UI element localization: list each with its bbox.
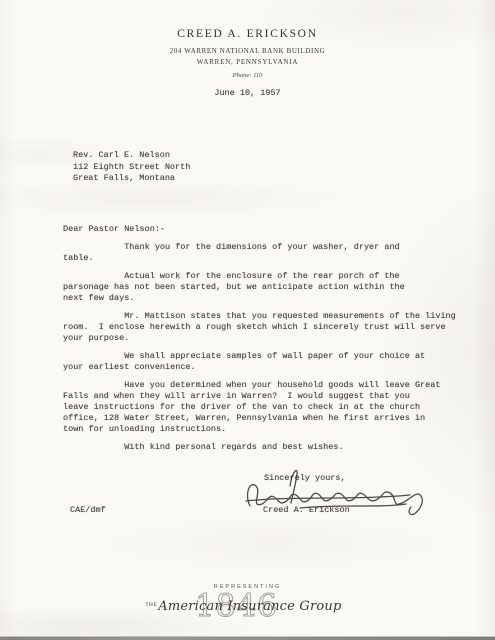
footer-logo-art: 1846 TheAmerican Insurance Group: [0, 591, 495, 629]
body-paragraph: With kind personal regards and best wish…: [63, 442, 456, 453]
text-line: Mr. Mattison states that you requested m…: [63, 311, 456, 322]
text-line: We shall appreciate samples of wall pape…: [63, 351, 456, 362]
text-line: With kind personal regards and best wish…: [63, 442, 456, 453]
reference-initials: CAE/dmf: [70, 505, 106, 515]
letter-date: June 10, 1957: [0, 88, 495, 98]
footer-logo: REPRESENTING 1846 TheAmerican Insurance …: [0, 584, 495, 630]
text-line: next few days.: [63, 293, 456, 304]
text-line: 112 Eighth Street North: [73, 162, 190, 174]
text-line: Falls and when they will arrive in Warre…: [63, 391, 456, 402]
text-line: room. I enclose herewith a rough sketch …: [63, 322, 456, 333]
text-line: your earliest convenience.: [63, 362, 456, 373]
footer-organization-name: TheAmerican Insurance Group: [146, 599, 342, 614]
letterhead-phone: Phone: 110: [0, 72, 495, 79]
letterhead-name: CREED A. ERICKSON: [0, 28, 495, 40]
body-paragraph: Thank you for the dimensions of your was…: [63, 242, 456, 264]
recipient-address: Rev. Carl E. Nelson112 Eighth Street Nor…: [73, 150, 190, 185]
text-line: office, 128 Water Street, Warren, Pennsy…: [63, 413, 456, 424]
text-line: table.: [63, 253, 456, 264]
letterhead: CREED A. ERICKSON 204 WARREN NATIONAL BA…: [0, 28, 495, 79]
text-line: Have you determined when your household …: [63, 380, 456, 391]
text-line: Actual work for the enclosure of the rea…: [63, 271, 456, 282]
letterhead-address-line2: WARREN, PENNSYLVANIA: [0, 58, 495, 66]
text-line: town for unloading instructions.: [63, 424, 456, 435]
text-line: Great Falls, Montana: [73, 173, 190, 185]
letterhead-address-line1: 204 WARREN NATIONAL BANK BUILDING: [0, 47, 495, 55]
footer-organization-text: American Insurance Group: [158, 599, 341, 614]
text-line: your purpose.: [63, 333, 456, 344]
body-paragraph: Mr. Mattison states that you requested m…: [63, 311, 456, 344]
body-paragraph: We shall appreciate samples of wall pape…: [63, 351, 456, 373]
scanned-letter-page: CREED A. ERICKSON 204 WARREN NATIONAL BA…: [0, 0, 495, 640]
scan-bottom-edge: [0, 636, 495, 640]
text-line: leave instructions for the driver of the…: [63, 402, 456, 413]
text-line: Thank you for the dimensions of your was…: [63, 242, 456, 253]
body-paragraph: Have you determined when your household …: [63, 380, 456, 435]
phone-value: 110: [253, 72, 262, 79]
typed-signature-name: Creed A. Erickson: [263, 505, 350, 515]
phone-label: Phone:: [233, 72, 252, 79]
text-line: Rev. Carl E. Nelson: [73, 150, 190, 162]
footer-the-label: The: [146, 603, 158, 608]
letter-body: Thank you for the dimensions of your was…: [63, 242, 456, 460]
text-line: parsonage has not been started, but we a…: [63, 282, 456, 293]
salutation: Dear Pastor Nelson:-: [63, 224, 165, 234]
body-paragraph: Actual work for the enclosure of the rea…: [63, 271, 456, 304]
